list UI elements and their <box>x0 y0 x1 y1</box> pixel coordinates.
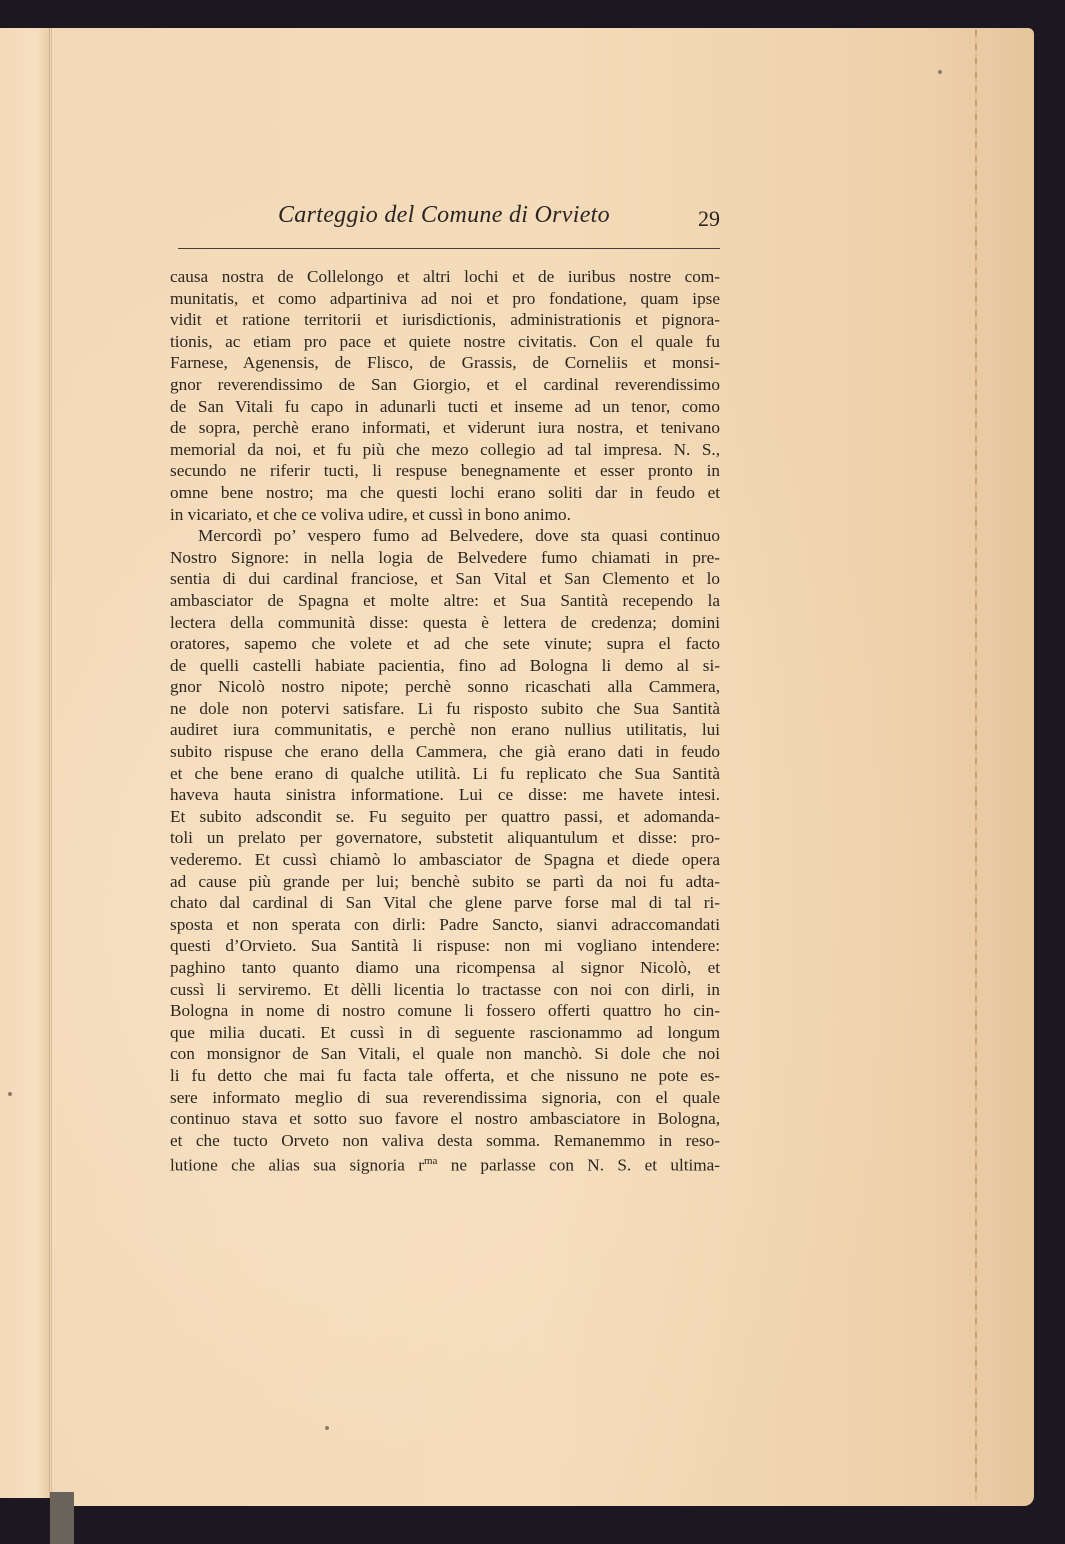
text-line: omne bene nostro; ma che questi lochi er… <box>170 482 720 504</box>
text-line: Farnese, Agenensis, de Flisco, de Grassi… <box>170 352 720 374</box>
left-page-edge <box>0 28 52 1498</box>
text-line: oratores, sapemo che volete et ad che se… <box>170 633 720 655</box>
text-line-final: lutione che alias sua signoria rma ne pa… <box>170 1151 720 1173</box>
text-line: vederemo. Et cussì chiamò lo ambasciator… <box>170 849 720 871</box>
text-line: que milia ducati. Et cussì in dì seguent… <box>170 1022 720 1044</box>
text-line: sposta et non sperata con dirli: Padre S… <box>170 914 720 936</box>
body-text: causa nostra de Collelongo et altri loch… <box>170 266 720 1173</box>
text-line: de quelli castelli habiate pacientia, fi… <box>170 655 720 677</box>
text-line: paghino tanto quanto diamo una ricompens… <box>170 957 720 979</box>
paragraph-start-line: Mercordì po’ vespero fumo ad Belvedere, … <box>170 525 720 547</box>
text-line: lectera della communità disse: questa è … <box>170 612 720 634</box>
text-line: in vicariato, et che ce voliva udire, et… <box>170 504 720 526</box>
text-line: haveva hauta sinistra informatione. Lui … <box>170 784 720 806</box>
text-line: secundo ne riferir tucti, li respuse ben… <box>170 460 720 482</box>
page-deckle-edge <box>975 30 977 1500</box>
text-line: et che bene erano di qualche utilità. Li… <box>170 763 720 785</box>
text-line: gnor Nicolò nostro nipote; perchè sonno … <box>170 676 720 698</box>
text-line: et che tucto Orveto non valiva desta som… <box>170 1130 720 1152</box>
text-fragment: lutione che alias sua signoria r <box>170 1156 424 1175</box>
text-line: Bologna in nome di nostro comune li foss… <box>170 1000 720 1022</box>
text-line: questi d’Orvieto. Sua Santità li rispuse… <box>170 935 720 957</box>
text-line: audiret iura communitatis, e perchè non … <box>170 719 720 741</box>
text-line: continuo stava et sotto suo favore el no… <box>170 1108 720 1130</box>
text-line: tionis, ac etiam pro pace et quiete nost… <box>170 331 720 353</box>
superscript-abbrev: ma <box>424 1155 437 1167</box>
text-fragment: ne parlasse con N. S. et ultima- <box>451 1156 720 1175</box>
text-line: subito rispuse che erano della Cammera, … <box>170 741 720 763</box>
text-line: ne dole non potervi satisfare. Li fu ris… <box>170 698 720 720</box>
text-line: Nostro Signore: in nella logia de Belved… <box>170 547 720 569</box>
text-line: ambasciator de Spagna et molte altre: et… <box>170 590 720 612</box>
page-number: 29 <box>698 206 720 232</box>
text-line: toli un prelato per governatore, substet… <box>170 827 720 849</box>
text-line: con monsignor de San Vitali, el quale no… <box>170 1043 720 1065</box>
header-rule <box>178 248 720 249</box>
running-header: Carteggio del Comune di Orvieto 29 <box>178 202 720 242</box>
text-line: causa nostra de Collelongo et altri loch… <box>170 266 720 288</box>
text-line: li fu detto che mai fu facta tale offert… <box>170 1065 720 1087</box>
paper-speck <box>8 1092 12 1096</box>
paper-speck <box>938 70 942 74</box>
text-line: sentia di dui cardinal franciose, et San… <box>170 568 720 590</box>
text-line: de San Vitali fu capo in adunarli tucti … <box>170 396 720 418</box>
paper-speck <box>325 1426 329 1430</box>
book-spine-bottom <box>50 1492 74 1544</box>
text-line: memorial da noi, et fu più che mezo coll… <box>170 439 720 461</box>
text-line: Et subito adscondit se. Fu seguito per q… <box>170 806 720 828</box>
text-line: munitatis, et como adpartiniva ad noi et… <box>170 288 720 310</box>
text-line: gnor reverendissimo de San Giorgio, et e… <box>170 374 720 396</box>
text-line: cussì li serviremo. Et dèlli licentia lo… <box>170 979 720 1001</box>
text-line: ad cause più grande per lui; benchè subi… <box>170 871 720 893</box>
text-line: sere informato meglio di sua reverendiss… <box>170 1087 720 1109</box>
text-line: vidit et ratione territorii et iurisdict… <box>170 309 720 331</box>
text-line: de sopra, perchè erano informati, et vid… <box>170 417 720 439</box>
running-title: Carteggio del Comune di Orvieto <box>278 202 610 229</box>
text-line: chato dal cardinal di San Vital che glen… <box>170 892 720 914</box>
